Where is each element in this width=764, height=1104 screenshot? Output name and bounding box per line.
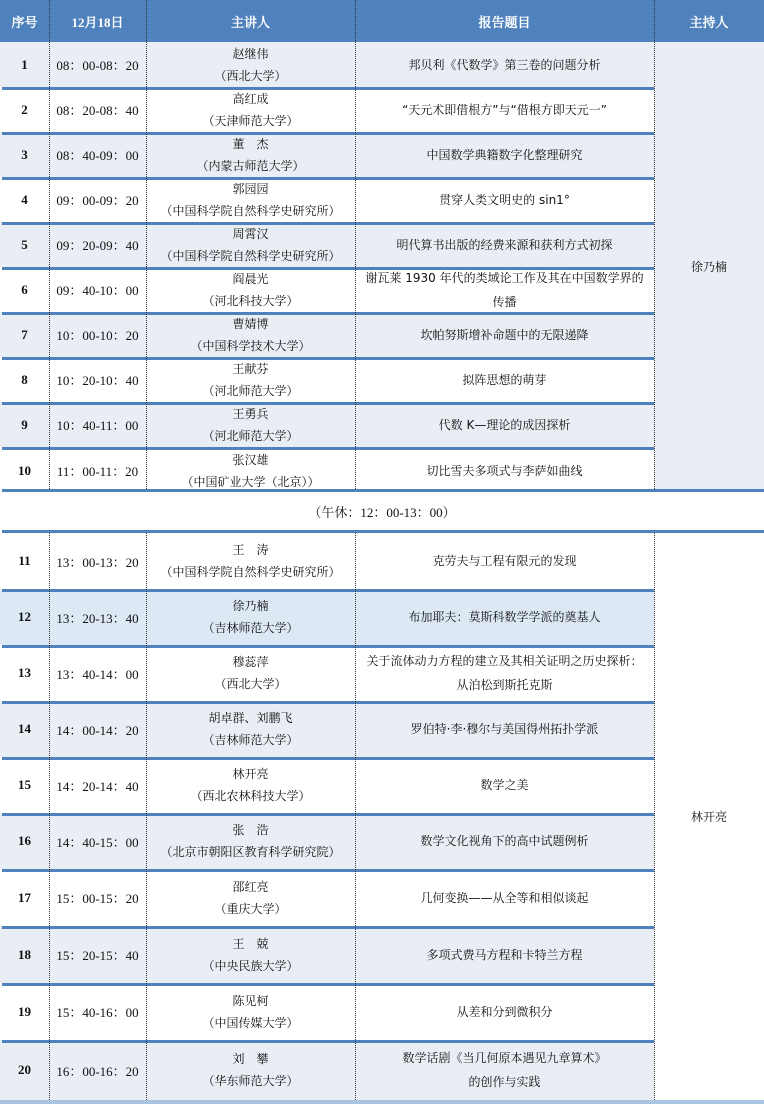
divider-vertical (355, 0, 356, 489)
row-number-text: 17 (18, 890, 31, 906)
row-number-text: 2 (21, 102, 28, 118)
speaker-name: 赵继伟 (232, 43, 268, 65)
row-number: 5 (0, 222, 49, 267)
row-number: 4 (0, 177, 49, 222)
header-host: 主持人 (654, 0, 764, 42)
speaker-affiliation: （重庆大学） (214, 898, 286, 920)
row-number-text: 7 (21, 327, 28, 343)
speaker-name: 周霄汉 (232, 223, 268, 245)
talk-title-cell: “天元术即借根方”与“借根方即天元一” (355, 87, 654, 132)
speaker-affiliation: （西北大学） (214, 673, 286, 695)
speaker-name: 胡卓群、刘鹏飞 (208, 707, 292, 729)
row-number-text: 8 (21, 372, 28, 388)
time-slot: 15：00-15：20 (49, 869, 146, 926)
divider-vertical (355, 533, 356, 1100)
speaker-cell: 赵继伟（西北大学） (146, 42, 355, 87)
speaker-cell: 王 兢（中央民族大学） (146, 926, 355, 983)
table-row: 208：20-08：40高红成（天津师范大学）“天元术即借根方”与“借根方即天元… (0, 87, 654, 132)
table-row: 108：00-08：20赵继伟（西北大学）邦贝利《代数学》第三卷的问题分析 (0, 42, 654, 87)
speaker-affiliation: （中国科学院自然科学史研究所） (160, 200, 340, 222)
speaker-cell: 高红成（天津师范大学） (146, 87, 355, 132)
speaker-affiliation: （天津师范大学） (202, 110, 298, 132)
row-number: 16 (0, 813, 49, 869)
row-number-text: 14 (18, 721, 31, 737)
table-header: 序号 12月18日 主讲人 报告题目 主持人 (0, 0, 764, 42)
talk-title-cell: 关于流体动力方程的建立及其相关证明之历史探析：从泊松到斯托克斯 (355, 645, 654, 701)
time-text: 15：00-15：20 (56, 888, 138, 907)
talk-title-cell: 拟阵思想的萌芽 (355, 357, 654, 402)
speaker-cell: 张汉雄（中国矿业大学（北京）） (146, 447, 355, 494)
talk-title-cell: 数学之美 (355, 757, 654, 813)
row-number-text: 18 (18, 947, 31, 963)
speaker-name: 王献芬 (232, 358, 268, 380)
time-slot: 10：00-10：20 (49, 312, 146, 357)
table-bottom-border (0, 1100, 764, 1104)
time-slot: 09：20-09：40 (49, 222, 146, 267)
row-number: 13 (0, 645, 49, 701)
talk-title-cell: 几何变换——从全等和相似谈起 (355, 869, 654, 926)
speaker-cell: 王勇兵（河北师范大学） (146, 402, 355, 447)
speaker-cell: 阎晨光（河北科技大学） (146, 267, 355, 312)
table-row: 308：40-09：00董 杰（内蒙古师范大学）中国数学典籍数字化整理研究 (0, 132, 654, 177)
time-slot: 08：40-09：00 (49, 132, 146, 177)
talk-title: 代数 K—理论的成因探析 (439, 413, 571, 437)
time-text: 11：00-11：20 (57, 461, 138, 480)
speaker-name: 刘 攀 (232, 1048, 268, 1070)
row-number: 18 (0, 926, 49, 983)
talk-title: 关于流体动力方程的建立及其相关证明之历史探析： (366, 649, 642, 673)
row-number: 10 (0, 447, 49, 494)
speaker-affiliation: （中央民族大学） (202, 955, 298, 977)
time-text: 15：40-16：00 (56, 1002, 138, 1021)
time-text: 10：20-10：40 (56, 370, 138, 389)
talk-title-cell: 贯穿人类文明史的 sin1° (355, 177, 654, 222)
row-number-text: 4 (21, 192, 28, 208)
speaker-cell: 刘 攀（华东师范大学） (146, 1040, 355, 1100)
speaker-affiliation: （华东师范大学） (202, 1070, 298, 1092)
speaker-affiliation: （内蒙古师范大学） (196, 155, 304, 177)
talk-title-cell: 切比雪夫多项式与李萨如曲线 (355, 447, 654, 494)
table-row: 2016：00-16：20刘 攀（华东师范大学）数学话剧《当几何原本遇见九章算术… (0, 1040, 654, 1100)
header-speaker: 主讲人 (146, 0, 355, 42)
row-number-text: 12 (18, 609, 31, 625)
table-row: 609：40-10：00阎晨光（河北科技大学）谢瓦莱 1930 年代的类域论工作… (0, 267, 654, 312)
talk-title-cell: 明代算书出版的经费来源和获利方式初探 (355, 222, 654, 267)
table-row: 1113：00-13：20王 涛（中国科学院自然科学史研究所）克劳夫与工程有限元… (0, 533, 654, 589)
row-number-text: 16 (18, 833, 31, 849)
time-text: 16：00-16：20 (56, 1061, 138, 1080)
time-text: 14：40-15：00 (56, 832, 138, 851)
speaker-affiliation: （河北师范大学） (202, 380, 298, 402)
row-number-text: 19 (18, 1004, 31, 1020)
talk-title: 几何变换——从全等和相似谈起 (420, 886, 588, 910)
row-number-text: 1 (21, 57, 28, 73)
time-text: 09：40-10：00 (56, 280, 138, 299)
speaker-affiliation: （中国传媒大学） (202, 1012, 298, 1034)
table-row: 1715：00-15：20邵红亮（重庆大学）几何变换——从全等和相似谈起 (0, 869, 654, 926)
time-slot: 13：00-13：20 (49, 533, 146, 589)
speaker-name: 徐乃楠 (232, 595, 268, 617)
host-afternoon: 林开亮 (654, 533, 764, 1100)
speaker-cell: 周霄汉（中国科学院自然科学史研究所） (146, 222, 355, 267)
table-row: 910：40-11：00王勇兵（河北师范大学）代数 K—理论的成因探析 (0, 402, 654, 447)
time-slot: 08：20-08：40 (49, 87, 146, 132)
talk-title: 布加耶夫：莫斯科数学学派的奠基人 (408, 605, 600, 629)
speaker-cell: 王献芬（河北师范大学） (146, 357, 355, 402)
speaker-cell: 林开亮（西北农林科技大学） (146, 757, 355, 813)
talk-title: 数学文化视角下的高中试题例析 (420, 829, 588, 853)
row-number: 15 (0, 757, 49, 813)
table-row: 1815：20-15：40王 兢（中央民族大学）多项式费马方程和卡特兰方程 (0, 926, 654, 983)
speaker-cell: 王 涛（中国科学院自然科学史研究所） (146, 533, 355, 589)
time-slot: 14：40-15：00 (49, 813, 146, 869)
talk-title: 数学话剧《当几何原本遇见九章算术》 (402, 1046, 606, 1070)
table-row: 710：00-10：20曹婧博（中国科学技术大学）坎帕努斯增补命题中的无限递降 (0, 312, 654, 357)
talk-title: 明代算书出版的经费来源和获利方式初探 (396, 233, 612, 257)
talk-title: 切比雪夫多项式与李萨如曲线 (426, 459, 582, 483)
table-row: 1213：20-13：40徐乃楠（吉林师范大学）布加耶夫：莫斯科数学学派的奠基人 (0, 589, 654, 645)
time-slot: 15：40-16：00 (49, 983, 146, 1040)
table-row: 1313：40-14：00穆蕊萍（西北大学）关于流体动力方程的建立及其相关证明之… (0, 645, 654, 701)
talk-title-cell: 数学话剧《当几何原本遇见九章算术》的创作与实践 (355, 1040, 654, 1100)
row-number: 17 (0, 869, 49, 926)
speaker-cell: 徐乃楠（吉林师范大学） (146, 589, 355, 645)
time-text: 10：00-10：20 (56, 325, 138, 344)
time-text: 13：40-14：00 (56, 664, 138, 683)
speaker-name: 穆蕊萍 (232, 651, 268, 673)
talk-title-cell: 邦贝利《代数学》第三卷的问题分析 (355, 42, 654, 87)
speaker-affiliation: （中国科学院自然科学史研究所） (160, 245, 340, 267)
row-number: 20 (0, 1040, 49, 1100)
row-number: 2 (0, 87, 49, 132)
divider-vertical (49, 0, 50, 489)
talk-title-cell: 多项式费马方程和卡特兰方程 (355, 926, 654, 983)
talk-title-cell: 数学文化视角下的高中试题例析 (355, 813, 654, 869)
speaker-cell: 胡卓群、刘鹏飞（吉林师范大学） (146, 701, 355, 757)
time-slot: 10：40-11：00 (49, 402, 146, 447)
talk-title-cell: 布加耶夫：莫斯科数学学派的奠基人 (355, 589, 654, 645)
header-title: 报告题目 (355, 0, 654, 42)
talk-title-line2: 的创作与实践 (468, 1070, 540, 1094)
time-slot: 14：00-14：20 (49, 701, 146, 757)
time-slot: 16：00-16：20 (49, 1040, 146, 1100)
time-slot: 10：20-10：40 (49, 357, 146, 402)
talk-title: 克劳夫与工程有限元的发现 (432, 549, 576, 573)
talk-title: 从差和分到微积分 (456, 1000, 552, 1024)
talk-title-line2: 从泊松到斯托克斯 (456, 673, 552, 697)
row-number: 6 (0, 267, 49, 312)
speaker-cell: 穆蕊萍（西北大学） (146, 645, 355, 701)
divider-vertical (146, 0, 147, 489)
speaker-cell: 张 浩（北京市朝阳区教育科学研究院） (146, 813, 355, 869)
row-number: 9 (0, 402, 49, 447)
speaker-name: 陈见柯 (232, 990, 268, 1012)
talk-title-cell: 代数 K—理论的成因探析 (355, 402, 654, 447)
time-slot: 13：20-13：40 (49, 589, 146, 645)
speaker-name: 张 浩 (232, 819, 268, 841)
talk-title: 谢瓦莱 1930 年代的类域论工作及其在中国数学界的 (365, 266, 643, 290)
talk-title-line2: 传播 (492, 290, 516, 314)
time-text: 14：00-14：20 (56, 720, 138, 739)
speaker-name: 高红成 (232, 88, 268, 110)
row-number-text: 13 (18, 665, 31, 681)
time-text: 13：00-13：20 (56, 552, 138, 571)
speaker-affiliation: （河北师范大学） (202, 425, 298, 447)
speaker-cell: 曹婧博（中国科学技术大学） (146, 312, 355, 357)
divider-vertical (654, 533, 655, 1100)
talk-title: 多项式费马方程和卡特兰方程 (426, 943, 582, 967)
time-slot: 09：00-09：20 (49, 177, 146, 222)
talk-title-cell: 从差和分到微积分 (355, 983, 654, 1040)
time-text: 08：20-08：40 (56, 100, 138, 119)
speaker-affiliation: （西北大学） (214, 65, 286, 87)
row-number-text: 6 (21, 282, 28, 298)
speaker-cell: 郭园园（中国科学院自然科学史研究所） (146, 177, 355, 222)
speaker-affiliation: （吉林师范大学） (202, 729, 298, 751)
row-number-text: 5 (21, 237, 28, 253)
time-text: 08：00-08：20 (56, 55, 138, 74)
time-text: 13：20-13：40 (56, 608, 138, 627)
table-row: 1614：40-15：00张 浩（北京市朝阳区教育科学研究院）数学文化视角下的高… (0, 813, 654, 869)
time-slot: 13：40-14：00 (49, 645, 146, 701)
time-text: 14：20-14：40 (56, 776, 138, 795)
table-row: 1011：00-11：20张汉雄（中国矿业大学（北京））切比雪夫多项式与李萨如曲… (0, 447, 654, 494)
talk-title: “天元术即借根方”与“借根方即天元一” (402, 98, 607, 122)
time-slot: 14：20-14：40 (49, 757, 146, 813)
speaker-name: 王勇兵 (232, 403, 268, 425)
time-slot: 09：40-10：00 (49, 267, 146, 312)
lunch-break: （午休：12：00-13：00） (0, 492, 764, 530)
talk-title-cell: 谢瓦莱 1930 年代的类域论工作及其在中国数学界的传播 (355, 267, 654, 312)
talk-title-cell: 克劳夫与工程有限元的发现 (355, 533, 654, 589)
table-row: 1414：00-14：20胡卓群、刘鹏飞（吉林师范大学）罗伯特·李·穆尔与美国得… (0, 701, 654, 757)
talk-title: 拟阵思想的萌芽 (462, 368, 546, 392)
divider-vertical (146, 533, 147, 1100)
speaker-cell: 董 杰（内蒙古师范大学） (146, 132, 355, 177)
row-number: 19 (0, 983, 49, 1040)
speaker-affiliation: （中国科学技术大学） (190, 335, 310, 357)
host-morning: 徐乃楠 (654, 42, 764, 490)
table-row: 1514：20-14：40林开亮（西北农林科技大学）数学之美 (0, 757, 654, 813)
speaker-name: 曹婧博 (232, 313, 268, 335)
speaker-name: 董 杰 (232, 133, 268, 155)
talk-title: 邦贝利《代数学》第三卷的问题分析 (408, 53, 600, 77)
row-number: 7 (0, 312, 49, 357)
talk-title: 中国数学典籍数字化整理研究 (426, 143, 582, 167)
talk-title: 贯穿人类文明史的 sin1° (439, 188, 570, 212)
speaker-cell: 陈见柯（中国传媒大学） (146, 983, 355, 1040)
time-text: 09：20-09：40 (56, 235, 138, 254)
divider-vertical (654, 0, 655, 489)
speaker-cell: 邵红亮（重庆大学） (146, 869, 355, 926)
time-slot: 08：00-08：20 (49, 42, 146, 87)
header-date: 12月18日 (49, 0, 146, 42)
speaker-affiliation: （中国科学院自然科学史研究所） (160, 561, 340, 583)
row-number: 3 (0, 132, 49, 177)
talk-title-cell: 罗伯特·李·穆尔与美国得州拓扑学派 (355, 701, 654, 757)
speaker-affiliation: （西北农林科技大学） (190, 785, 310, 807)
talk-title-cell: 坎帕努斯增补命题中的无限递降 (355, 312, 654, 357)
speaker-affiliation: （河北科技大学） (202, 290, 298, 312)
speaker-name: 阎晨光 (232, 268, 268, 290)
time-text: 15：20-15：40 (56, 945, 138, 964)
speaker-name: 王 涛 (232, 539, 268, 561)
table-row: 1915：40-16：00陈见柯（中国传媒大学）从差和分到微积分 (0, 983, 654, 1040)
speaker-name: 张汉雄 (232, 449, 268, 471)
row-number-text: 3 (21, 147, 28, 163)
row-number-text: 10 (18, 463, 31, 479)
row-number: 11 (0, 533, 49, 589)
row-number: 8 (0, 357, 49, 402)
speaker-affiliation: （北京市朝阳区教育科学研究院） (160, 841, 340, 863)
row-number: 12 (0, 589, 49, 645)
talk-title-cell: 中国数学典籍数字化整理研究 (355, 132, 654, 177)
speaker-name: 郭园园 (232, 178, 268, 200)
table-row: 509：20-09：40周霄汉（中国科学院自然科学史研究所）明代算书出版的经费来… (0, 222, 654, 267)
table-row: 409：00-09：20郭园园（中国科学院自然科学史研究所）贯穿人类文明史的 s… (0, 177, 654, 222)
row-number-text: 20 (18, 1062, 31, 1078)
time-slot: 11：00-11：20 (49, 447, 146, 494)
speaker-name: 林开亮 (232, 763, 268, 785)
row-number-text: 9 (21, 417, 28, 433)
talk-title: 坎帕努斯增补命题中的无限递降 (420, 323, 588, 347)
time-text: 09：00-09：20 (56, 190, 138, 209)
divider-vertical (49, 533, 50, 1100)
speaker-affiliation: （吉林师范大学） (202, 617, 298, 639)
time-text: 08：40-09：00 (56, 145, 138, 164)
speaker-name: 邵红亮 (232, 876, 268, 898)
speaker-name: 王 兢 (232, 933, 268, 955)
talk-title: 罗伯特·李·穆尔与美国得州拓扑学派 (411, 717, 599, 741)
row-number-text: 15 (18, 777, 31, 793)
row-number: 14 (0, 701, 49, 757)
header-num: 序号 (0, 0, 49, 42)
row-number-text: 11 (18, 553, 30, 569)
time-text: 10：40-11：00 (57, 415, 139, 434)
table-row: 810：20-10：40王献芬（河北师范大学）拟阵思想的萌芽 (0, 357, 654, 402)
row-number: 1 (0, 42, 49, 87)
time-slot: 15：20-15：40 (49, 926, 146, 983)
talk-title: 数学之美 (480, 773, 528, 797)
